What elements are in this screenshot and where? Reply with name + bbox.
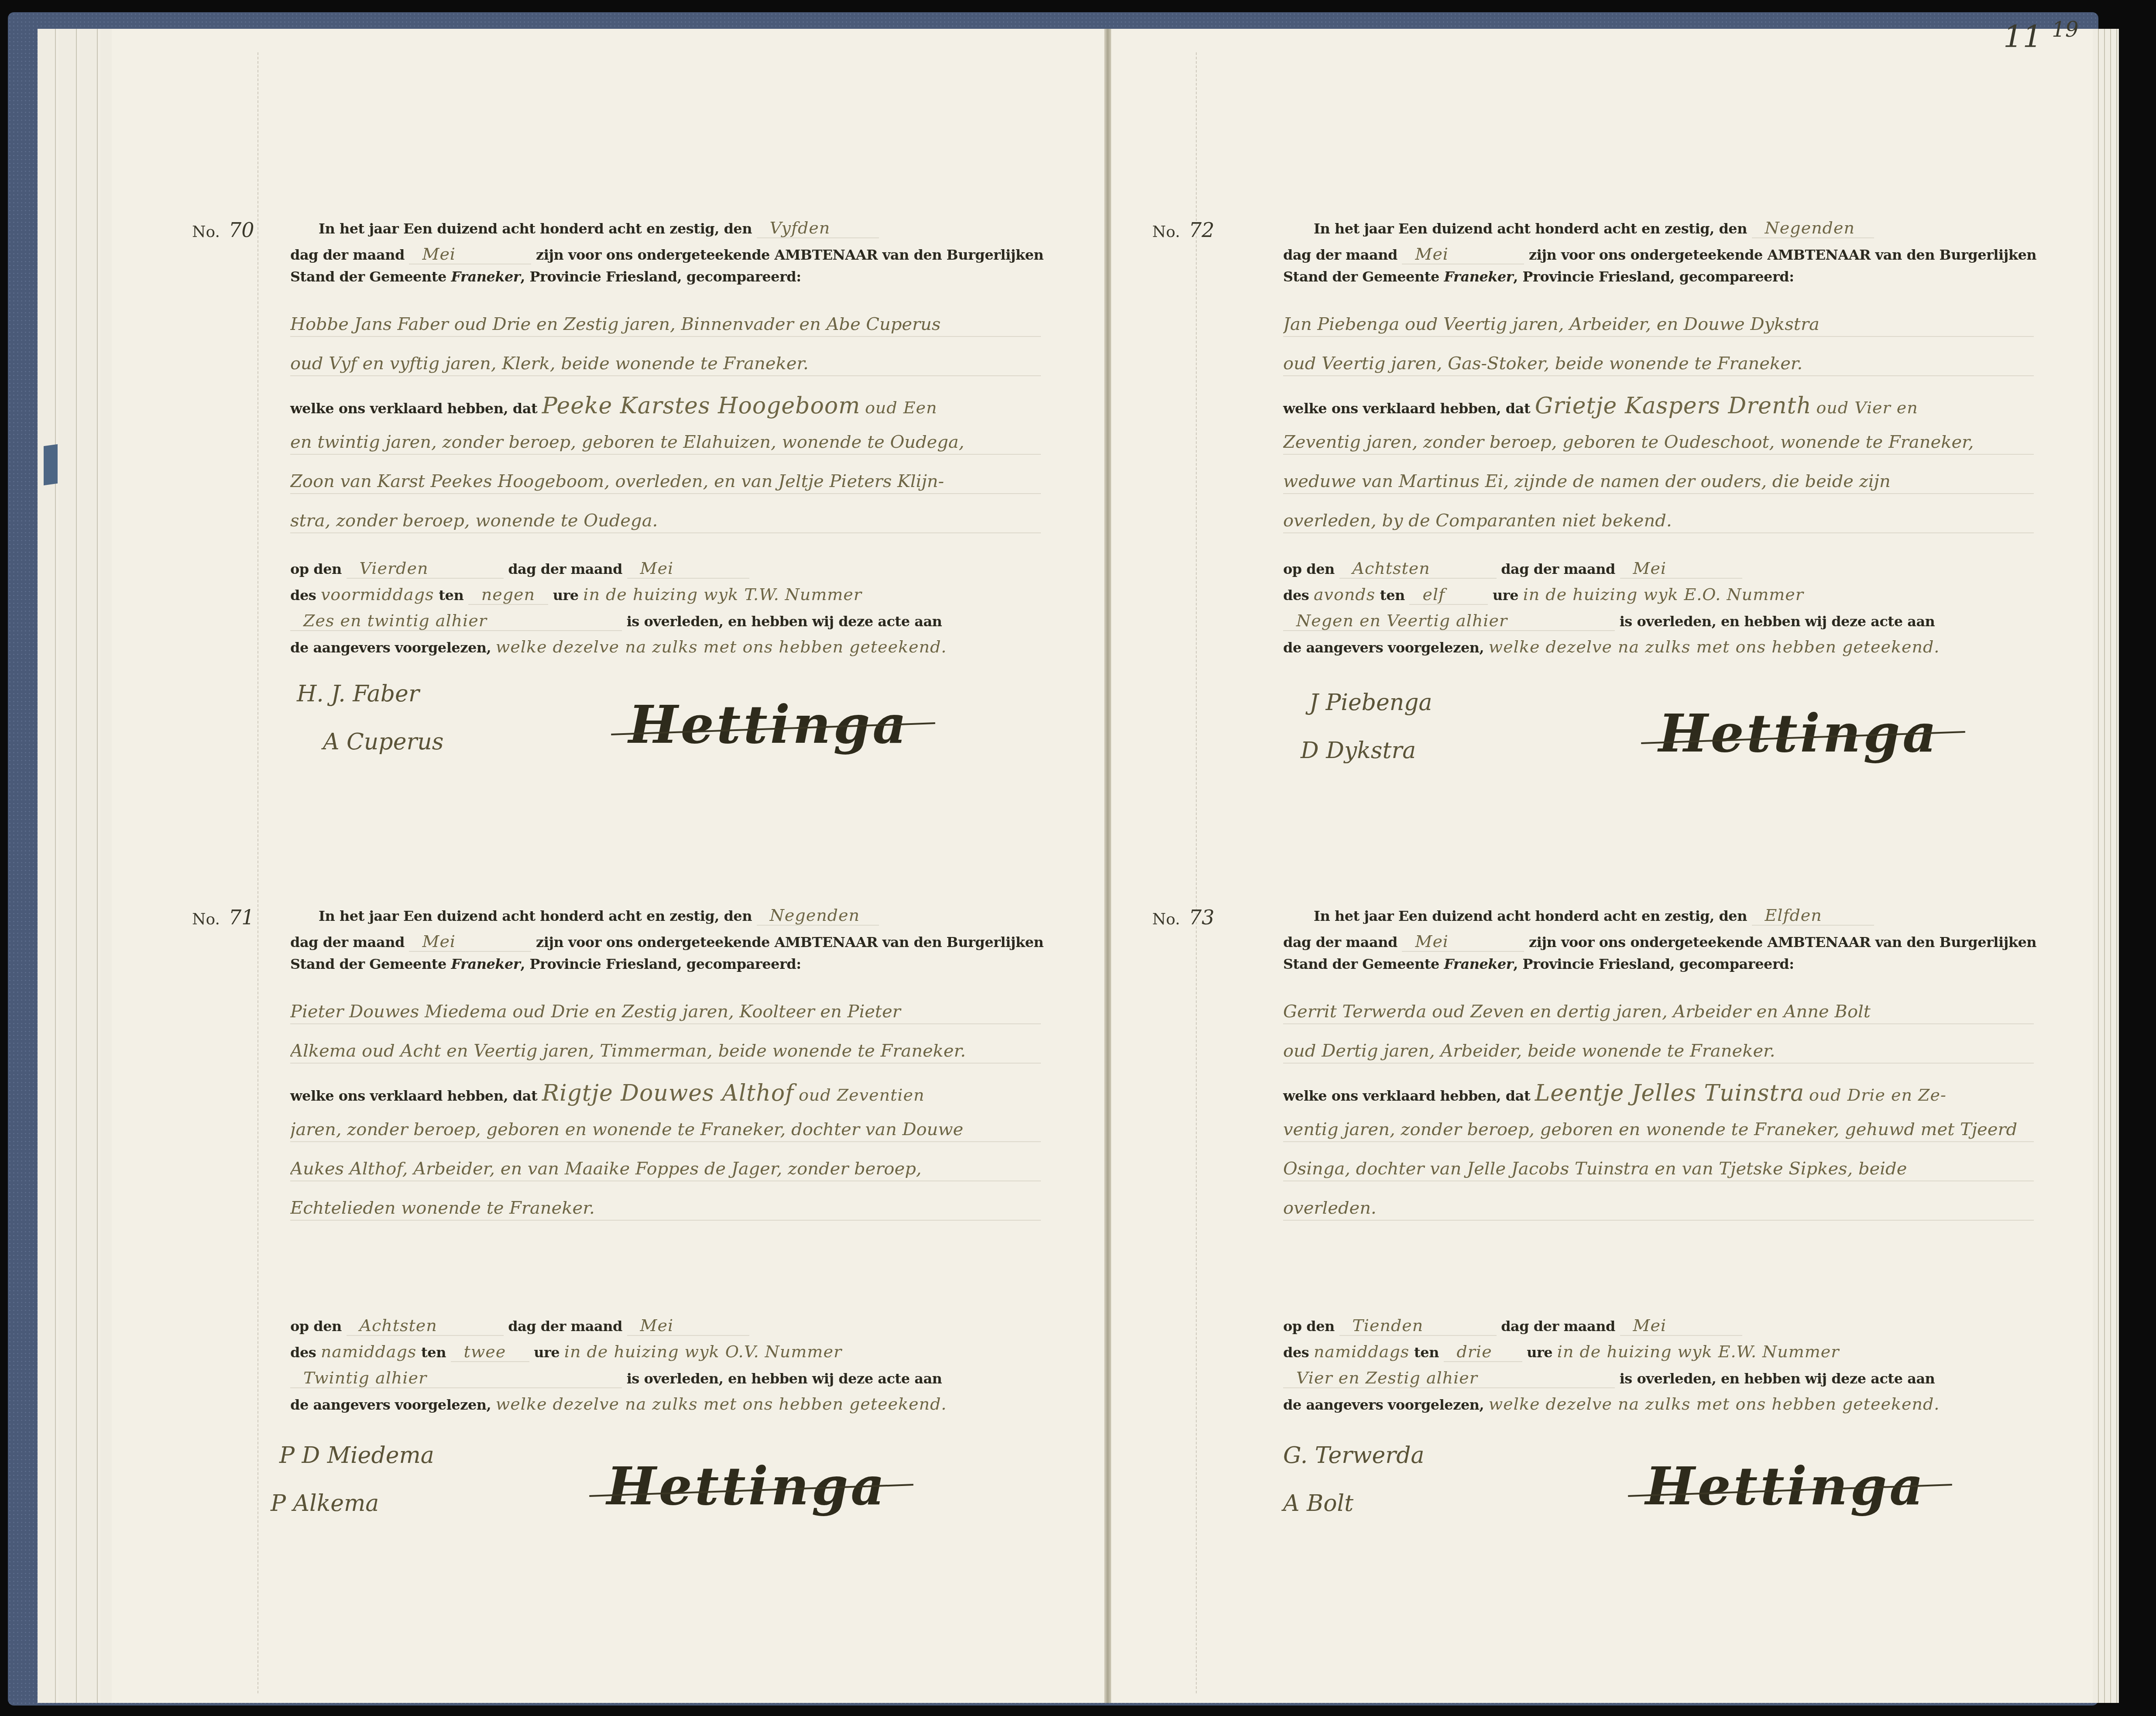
informants-line: Gerrit Terwerda oud Zeven en dertig jare… (1283, 1002, 2034, 1024)
death-date-line: op den Achtsten dag der maand Mei (290, 1316, 749, 1336)
death-date-line: op den Achtsten dag der maand Mei (1283, 559, 1742, 579)
informant-signature: G. Terwerda (1283, 1442, 1424, 1469)
folio-page: 19 (2052, 17, 2078, 42)
record-line-3: Stand der Gemeente Franeker, Provincie F… (1283, 268, 1794, 285)
official-signature: Hettinga (1645, 1455, 1926, 1517)
informant-signature: H. J. Faber (297, 681, 419, 707)
record-line-2: dag der maand Mei zijn voor ons onderget… (290, 244, 1044, 264)
details-line: Osinga, dochter van Jelle Jacobs Tuinstr… (1283, 1159, 2034, 1181)
death-record: No.70 In het jaar Een duizend acht honde… (192, 218, 1043, 873)
informants-line: Hobbe Jans Faber oud Drie en Zestig jare… (290, 314, 1041, 337)
record-line-3: Stand der Gemeente Franeker, Provincie F… (290, 268, 801, 285)
declared-line: welke ons verklaard hebben, dat Grietje … (1283, 393, 1918, 419)
record-number: No.73 (1152, 906, 1215, 929)
folio-number: 11 19 (2003, 17, 2078, 55)
declared-line: welke ons verklaard hebben, dat Leentje … (1283, 1080, 1947, 1106)
death-place-line: Zes en twintig alhier is overleden, en h… (290, 611, 942, 631)
declared-line: welke ons verklaard hebben, dat Rigtje D… (290, 1080, 924, 1106)
informants-line: oud Dertig jaren, Arbeider, beide wonend… (1283, 1041, 2034, 1064)
record-line-1: In het jaar Een duizend acht honderd ach… (1314, 906, 1874, 926)
death-time-line: des voormiddags ten negen ure in de huiz… (290, 585, 862, 605)
folio-mark: 11 (2003, 19, 2042, 55)
details-line: stra, zonder beroep, wonende te Oudega. (290, 511, 1041, 533)
informant-signature: J Piebenga (1309, 690, 1432, 716)
informants-line: oud Veertig jaren, Gas-Stoker, beide won… (1283, 353, 2034, 376)
informants-line: Pieter Douwes Miedema oud Drie en Zestig… (290, 1002, 1041, 1024)
death-time-line: des namiddags ten drie ure in de huizing… (1283, 1342, 1839, 1362)
official-signature: Hettinga (607, 1455, 887, 1517)
record-line-1: In het jaar Een duizend acht honderd ach… (1314, 218, 1874, 238)
details-line: ventig jaren, zonder beroep, geboren en … (1283, 1119, 2034, 1142)
record-number: No.71 (192, 906, 254, 929)
blue-paper-tab (44, 444, 58, 485)
informant-signature: P Alkema (271, 1490, 379, 1517)
record-number: No.70 (192, 218, 254, 242)
record-line-2: dag der maand Mei zijn voor ons onderget… (1283, 244, 2036, 264)
informant-signature: A Bolt (1283, 1490, 1353, 1517)
death-date-line: op den Vierden dag der maand Mei (290, 559, 749, 579)
right-page-edges (2093, 29, 2119, 1703)
details-line: Aukes Althof, Arbeider, en van Maaike Fo… (290, 1159, 1041, 1181)
left-page-edges (38, 29, 112, 1703)
informant-signature: A Cuperus (323, 729, 443, 755)
book-gutter (1104, 29, 1111, 1703)
record-line-3: Stand der Gemeente Franeker, Provincie F… (1283, 956, 1794, 972)
record-line-1: In het jaar Een duizend acht honderd ach… (319, 906, 879, 926)
record-line-2: dag der maand Mei zijn voor ons onderget… (1283, 932, 2036, 952)
death-place-line: Vier en Zestig alhier is overleden, en h… (1283, 1368, 1935, 1388)
death-time-line: des namiddags ten twee ure in de huizing… (290, 1342, 842, 1362)
death-record: No.71 In het jaar Een duizend acht honde… (192, 906, 1043, 1560)
closing-line: de aangevers voorgelezen, welke dezelve … (1283, 1394, 1940, 1414)
death-place-line: Twintig alhier is overleden, en hebben w… (290, 1368, 942, 1388)
informant-signature: D Dykstra (1301, 738, 1416, 764)
death-record: No.73 In het jaar Een duizend acht honde… (1152, 906, 2003, 1560)
declared-line: welke ons verklaard hebben, dat Peeke Ka… (290, 393, 937, 419)
details-line: overleden. (1283, 1198, 2034, 1221)
official-signature: Hettinga (628, 694, 909, 755)
death-place-line: Negen en Veertig alhier is overleden, en… (1283, 611, 1935, 631)
record-number: No.72 (1152, 218, 1215, 242)
details-line: Zeventig jaren, zonder beroep, geboren t… (1283, 432, 2034, 455)
official-signature: Hettinga (1658, 703, 1939, 764)
closing-line: de aangevers voorgelezen, welke dezelve … (290, 1394, 947, 1414)
informant-signature: P D Miedema (279, 1442, 434, 1469)
details-line: jaren, zonder beroep, geboren en wonende… (290, 1119, 1041, 1142)
details-line: overleden, by de Comparanten niet bekend… (1283, 511, 2034, 533)
record-line-3: Stand der Gemeente Franeker, Provincie F… (290, 956, 801, 972)
details-line: weduwe van Martinus Ei, zijnde de namen … (1283, 471, 2034, 494)
death-date-line: op den Tienden dag der maand Mei (1283, 1316, 1742, 1336)
closing-line: de aangevers voorgelezen, welke dezelve … (290, 637, 947, 656)
record-line-1: In het jaar Een duizend acht honderd ach… (319, 218, 879, 238)
death-time-line: des avonds ten elf ure in de huizing wyk… (1283, 585, 1804, 605)
details-line: Zoon van Karst Peekes Hoogeboom, overled… (290, 471, 1041, 494)
closing-line: de aangevers voorgelezen, welke dezelve … (1283, 637, 1940, 656)
record-line-2: dag der maand Mei zijn voor ons onderget… (290, 932, 1044, 952)
informants-line: Jan Piebenga oud Veertig jaren, Arbeider… (1283, 314, 2034, 337)
death-record: No.72 In het jaar Een duizend acht honde… (1152, 218, 2003, 873)
details-line: Echtelieden wonende te Franeker. (290, 1198, 1041, 1221)
details-line: en twintig jaren, zonder beroep, geboren… (290, 432, 1041, 455)
informants-line: oud Vyf en vyftig jaren, Klerk, beide wo… (290, 353, 1041, 376)
informants-line: Alkema oud Acht en Veertig jaren, Timmer… (290, 1041, 1041, 1064)
